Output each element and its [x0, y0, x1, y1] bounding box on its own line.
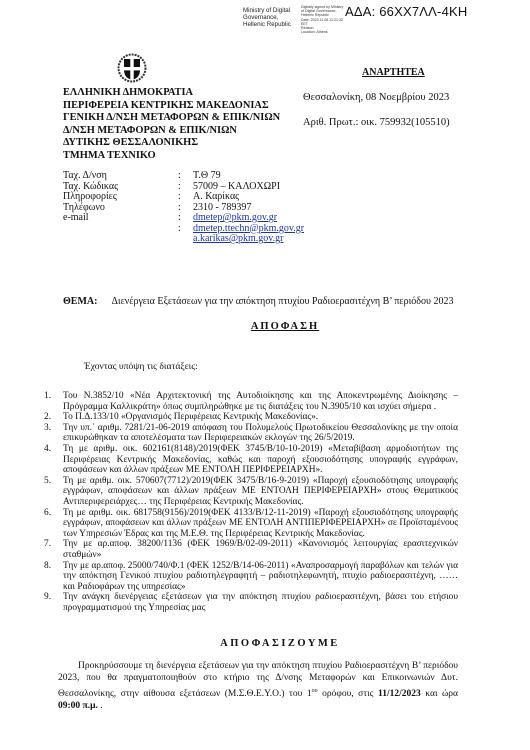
item-text: Την υπ.΄ αριθμ. 7281/21-06-2019 απόφαση … — [57, 423, 458, 444]
digital-signature-details: Digitally signed by Ministry of Digital … — [301, 5, 351, 34]
item-text: Τη με αριθμ. οικ. 570607(7712)/2019(ΦΕΚ … — [57, 476, 458, 508]
authority-line: ΤΜΗΜΑ ΤΕΧΝΙΚΟ — [63, 150, 280, 163]
signature-org-line: Hellenic Republic — [243, 21, 291, 28]
contact-label: Πληροφορίες — [63, 192, 178, 203]
considering-intro: Έχοντας υπόψη τις διατάξεις: — [84, 361, 198, 372]
list-item: 6.Τη με αριθμ. οικ. 681758(9156)/2019(ΦΕ… — [40, 508, 458, 540]
item-number: 1. — [40, 391, 57, 412]
exam-time: 09:00 π.μ. — [58, 701, 98, 711]
subject-text: Διενέργεια Εξετάσεων για την απόκτηση πτ… — [111, 296, 453, 307]
contact-row: Πληροφορίες : Α. Καρίκας — [63, 192, 304, 203]
colon-separator: : — [178, 213, 193, 224]
item-number: 5. — [40, 476, 57, 508]
document-date: Θεσσαλονίκη, 08 Νοεμβρίου 2023 — [303, 92, 449, 103]
signature-detail-line: Location: Athens — [301, 30, 351, 34]
authority-line: ΔΥΤΙΚΗΣ ΘΕΣΣΑΛΟΝΙΚΗΣ — [63, 137, 280, 150]
item-text: Την με αρ.αποφ. 25000/740/Φ.1 (ΦΕΚ 1252/… — [57, 561, 458, 593]
email-link[interactable]: dmetep.ttechn@pkm.gov.gr — [193, 223, 304, 234]
list-item: 5.Τη με αριθμ. οικ. 570607(7712)/2019(ΦΕ… — [40, 476, 458, 508]
item-text: Το Π.Δ.133/10 «Οργανισμός Περιφέρειας Κε… — [57, 412, 458, 423]
issuing-authority: ΕΛΛΗΝΙΚΗ ΔΗΜΟΚΡΑΤΙΑ ΠΕΡΙΦΕΡΕΙΑ ΚΕΝΤΡΙΚΗΣ… — [63, 87, 280, 163]
item-text: Την με αρ.αποφ. 38200/1136 (ΦΕΚ 1969/Β/0… — [57, 539, 458, 560]
contact-label: e-mail — [63, 213, 178, 224]
item-number: 7. — [40, 539, 57, 560]
posted-label: ΑΝΑΡΤΗΤΕΑ — [362, 67, 425, 78]
list-item: 1.Του Ν.3852/10 «Νέα Αρχιτεκτονική της Α… — [40, 391, 458, 412]
colon-separator: : — [178, 192, 193, 203]
we-decide-heading-text: ΑΠΟΦΑΣΙΖΟΥΜΕ — [220, 638, 340, 649]
authority-line: ΓΕΝΙΚΗ Δ/ΝΣΗ ΜΕΤΑΦΟΡΩΝ & ΕΠΙΚ/ΝΙΩΝ — [63, 112, 280, 125]
authority-line: ΠΕΡΙΦΕΡΕΙΑ ΚΕΝΤΡΙΚΗΣ ΜΑΚΕΔΟΝΙΑΣ — [63, 100, 280, 113]
email-link[interactable]: a.karikas@pkm.gov.gr — [193, 233, 283, 244]
list-item: 8.Την με αρ.αποφ. 25000/740/Φ.1 (ΦΕΚ 125… — [40, 561, 458, 593]
ada-code: ΑΔΑ: 66ΧΧ7ΛΛ-4ΚΗ — [345, 4, 467, 19]
subject-label: ΘΕΜΑ: — [63, 296, 97, 307]
exam-date: 11/12/2023 — [378, 689, 421, 699]
list-item: 3.Την υπ.΄ αριθμ. 7281/21-06-2019 απόφασ… — [40, 423, 458, 444]
colon-separator: : — [178, 224, 193, 235]
item-text: Την ανάγκη διενέργειας εξετάσεων για την… — [57, 592, 458, 613]
item-number: 8. — [40, 561, 57, 593]
signature-org-line: Governance, — [243, 14, 291, 21]
subject-line: ΘΕΜΑ:Διενέργεια Εξετάσεων για την απόκτη… — [63, 296, 453, 307]
item-text: Τη με αριθμ. οικ. 602161(8148)/2019(ΦΕΚ … — [57, 444, 458, 476]
we-decide-heading: ΑΠΟΦΑΣΙΖΟΥΜΕ — [0, 638, 530, 649]
item-number: 2. — [40, 412, 57, 423]
protocol-number: Αριθ. Πρωτ.: οικ. 759932(105510) — [303, 117, 450, 128]
decision-text: . — [98, 701, 103, 711]
decision-heading-text: ΑΠΟΦΑΣΗ — [251, 321, 319, 332]
list-item: 4.Τη με αριθμ. οικ. 602161(8148)/2019(ΦΕ… — [40, 444, 458, 476]
list-item: 9.Την ανάγκη διενέργειας εξετάσεων για τ… — [40, 592, 458, 613]
decision-body: Προκηρύσσουμε τη διενέργεια εξετάσεων γι… — [58, 660, 458, 713]
email-link[interactable]: dmetep@pkm.gov.gr — [193, 212, 277, 223]
decision-heading: ΑΠΟΦΑΣΗ — [0, 321, 530, 332]
colon-separator: : — [178, 171, 193, 182]
decision-text: και ώρα — [421, 689, 458, 699]
decision-text: ορόφου, στις — [318, 689, 378, 699]
item-number: 6. — [40, 508, 57, 540]
contact-row: Ταχ. Δ/νση : Τ.Θ 79 — [63, 171, 304, 182]
authority-line: Δ/ΝΣΗ ΜΕΤΑΦΟΡΩΝ & ΕΠΙΚ/ΝΙΩΝ — [63, 125, 280, 138]
list-item: 2.Το Π.Δ.133/10 «Οργανισμός Περιφέρειας … — [40, 412, 458, 423]
item-text: Του Ν.3852/10 «Νέα Αρχιτεκτονική της Αυτ… — [57, 391, 458, 412]
contact-details: Ταχ. Δ/νση : Τ.Θ 79 Ταχ. Κώδικας : 57009… — [63, 171, 304, 245]
contact-value: Τ.Θ 79 — [193, 171, 221, 182]
contact-label: Ταχ. Δ/νση — [63, 171, 178, 182]
item-text: Τη με αριθμ. οικ. 681758(9156)/2019(ΦΕΚ … — [57, 508, 458, 540]
item-number: 4. — [40, 444, 57, 476]
legal-provisions-list: 1.Του Ν.3852/10 «Νέα Αρχιτεκτονική της Α… — [40, 391, 458, 613]
signature-organization: Ministry of Digital Governance, Hellenic… — [243, 7, 291, 28]
list-item: 7.Την με αρ.αποφ. 38200/1136 (ΦΕΚ 1969/Β… — [40, 539, 458, 560]
greek-coat-of-arms-icon — [117, 53, 147, 83]
authority-line: ΕΛΛΗΝΙΚΗ ΔΗΜΟΚΡΑΤΙΑ — [63, 87, 280, 100]
item-number: 9. — [40, 592, 57, 613]
contact-row-email: a.karikas@pkm.gov.gr — [63, 234, 304, 245]
contact-value: Α. Καρίκας — [193, 192, 239, 203]
signature-org-line: Ministry of Digital — [243, 7, 291, 14]
item-number: 3. — [40, 423, 57, 444]
